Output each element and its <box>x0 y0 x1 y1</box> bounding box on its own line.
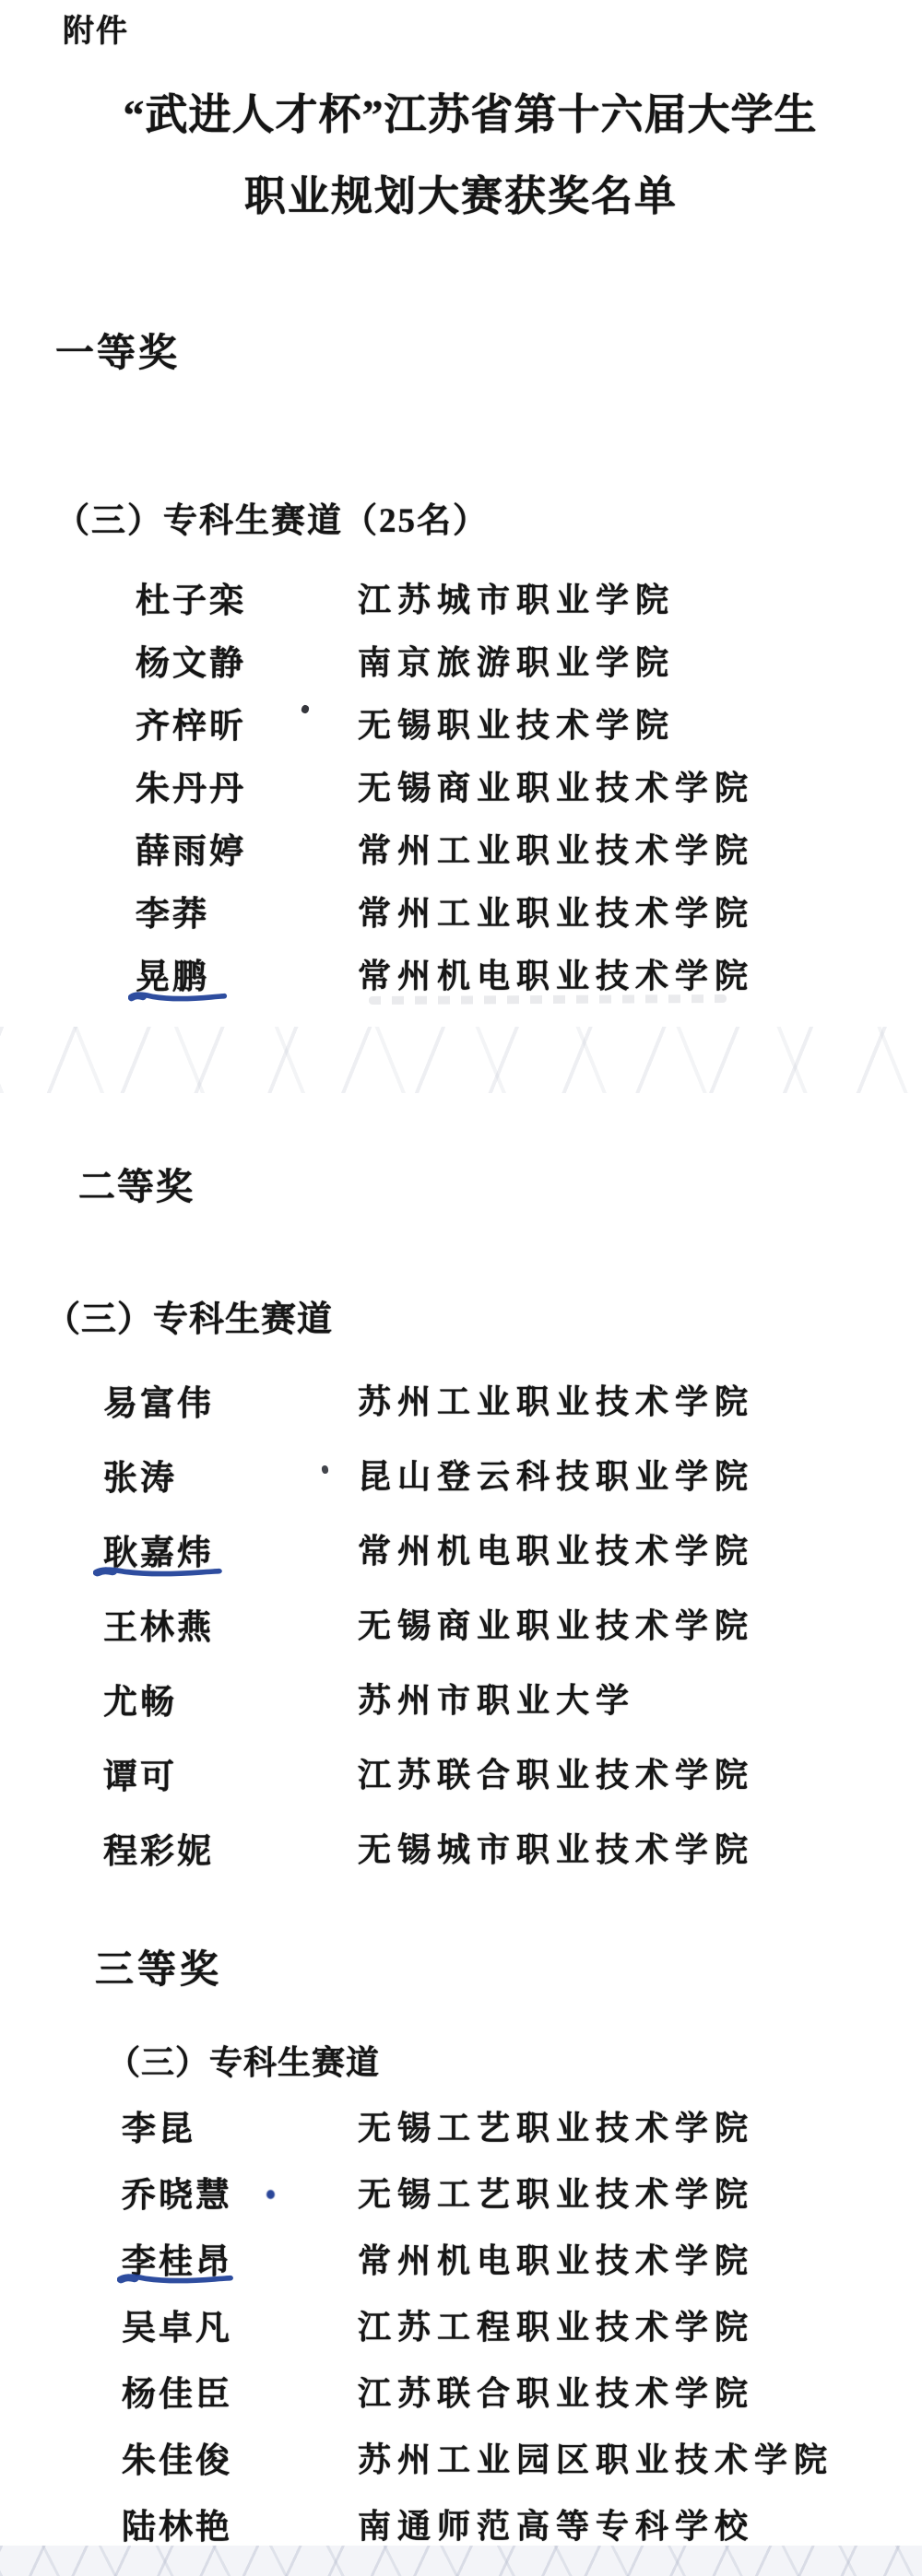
school-name: 昆山登云科技职业学院 <box>358 1437 754 1511</box>
winner-name: 杨文静 <box>136 629 246 691</box>
second-prize-winner-list: 易富伟苏州工业职业技术学院张涛昆山登云科技职业学院耿嘉炜常州机电职业技术学院王林… <box>0 1362 922 1885</box>
scan-watermark-hatch <box>0 1027 922 1093</box>
pen-underline <box>117 2271 234 2285</box>
school-name: 苏州工业职业技术学院 <box>358 1362 754 1437</box>
award-row: 李昆无锡工艺职业技术学院 <box>0 2092 922 2158</box>
pen-underline <box>93 1564 223 1578</box>
winner-name: 程彩妮 <box>103 1810 214 1885</box>
award-row: 尤畅苏州市职业大学 <box>0 1661 922 1735</box>
winner-name: 朱佳俊 <box>122 2424 232 2490</box>
first-prize-winner-list: 杜子栾江苏城市职业学院杨文静南京旅游职业学院齐梓昕无锡职业技术学院朱丹丹无锡商业… <box>0 566 922 1005</box>
school-name: 江苏工程职业技术学院 <box>358 2291 754 2358</box>
winner-name: 乔晓慧 <box>122 2158 232 2225</box>
school-name: 江苏联合职业技术学院 <box>358 2358 754 2424</box>
subheading-first-prize-track: （三）专科生赛道（25名） <box>55 492 489 542</box>
winner-name: 杨佳臣 <box>122 2358 232 2424</box>
winner-name: 杜子栾 <box>136 566 246 629</box>
award-row: 张涛昆山登云科技职业学院 <box>0 1437 922 1511</box>
school-name: 常州工业职业技术学院 <box>358 879 754 942</box>
document-title-line2: 职业规划大赛获奖名单 <box>0 162 922 222</box>
school-name: 苏州市职业大学 <box>358 1661 635 1735</box>
award-row: 乔晓慧无锡工艺职业技术学院 <box>0 2158 922 2225</box>
winner-name: 王林燕 <box>103 1586 214 1661</box>
award-row: 李桂昂常州机电职业技术学院 <box>0 2225 922 2291</box>
award-row: 薛雨婷常州工业职业技术学院 <box>0 817 922 879</box>
winner-name: 谭可 <box>103 1735 177 1810</box>
winner-name: 尤畅 <box>103 1661 177 1735</box>
award-row: 李莽常州工业职业技术学院 <box>0 879 922 942</box>
school-name: 常州工业职业技术学院 <box>358 817 754 879</box>
school-name: 无锡商业职业技术学院 <box>358 754 754 817</box>
attachment-label: 附件 <box>63 6 129 51</box>
award-row: 王林燕无锡商业职业技术学院 <box>0 1586 922 1661</box>
school-name: 江苏城市职业学院 <box>358 566 675 629</box>
award-row: 杨佳臣江苏联合职业技术学院 <box>0 2358 922 2424</box>
winner-name: 齐梓昕 <box>136 691 246 754</box>
school-name: 常州机电职业技术学院 <box>358 1511 754 1586</box>
award-row: 程彩妮无锡城市职业技术学院 <box>0 1810 922 1885</box>
scan-watermark-hatch-bottom <box>0 2546 922 2576</box>
winner-name: 薛雨婷 <box>136 817 246 879</box>
heading-second-prize: 二等奖 <box>78 1158 195 1210</box>
school-name: 江苏联合职业技术学院 <box>358 1735 754 1810</box>
scanned-award-document: 附件 “武进人才杯”江苏省第十六届大学生 职业规划大赛获奖名单 一等奖 （三）专… <box>0 0 922 2576</box>
school-name: 无锡商业职业技术学院 <box>358 1586 754 1661</box>
document-title-line1: “武进人才杯”江苏省第十六届大学生 <box>0 81 922 142</box>
subheading-second-prize-track: （三）专科生赛道 <box>45 1290 333 1341</box>
heading-third-prize: 三等奖 <box>95 1939 222 1994</box>
winner-name: 吴卓凡 <box>122 2291 232 2358</box>
school-name: 南京旅游职业学院 <box>358 629 675 691</box>
school-name: 无锡工艺职业技术学院 <box>358 2092 754 2158</box>
school-name: 无锡城市职业技术学院 <box>358 1810 754 1885</box>
winner-name: 易富伟 <box>103 1362 214 1437</box>
school-name: 无锡工艺职业技术学院 <box>358 2158 754 2225</box>
winner-name: 李昆 <box>122 2092 195 2158</box>
pen-underline <box>128 989 228 1003</box>
award-row: 谭可江苏联合职业技术学院 <box>0 1735 922 1810</box>
award-row: 吴卓凡江苏工程职业技术学院 <box>0 2291 922 2358</box>
award-row: 杜子栾江苏城市职业学院 <box>0 566 922 629</box>
school-name: 无锡职业技术学院 <box>358 691 675 754</box>
award-row: 易富伟苏州工业职业技术学院 <box>0 1362 922 1437</box>
award-row: 齐梓昕无锡职业技术学院 <box>0 691 922 754</box>
heading-first-prize: 一等奖 <box>55 323 180 378</box>
winner-name: 张涛 <box>103 1437 177 1511</box>
award-row: 杨文静南京旅游职业学院 <box>0 629 922 691</box>
winner-name: 李莽 <box>136 879 209 942</box>
school-name: 苏州工业园区职业技术学院 <box>358 2424 833 2490</box>
award-row: 朱佳俊苏州工业园区职业技术学院 <box>0 2424 922 2490</box>
winner-name: 朱丹丹 <box>136 754 246 817</box>
pen-dot <box>266 2190 275 2199</box>
school-name: 常州机电职业技术学院 <box>358 2225 754 2291</box>
subheading-third-prize-track: （三）专科生赛道 <box>107 2037 380 2084</box>
award-row: 朱丹丹无锡商业职业技术学院 <box>0 754 922 817</box>
award-row: 耿嘉炜常州机电职业技术学院 <box>0 1511 922 1586</box>
third-prize-winner-list: 李昆无锡工艺职业技术学院乔晓慧无锡工艺职业技术学院李桂昂常州机电职业技术学院吴卓… <box>0 2092 922 2557</box>
